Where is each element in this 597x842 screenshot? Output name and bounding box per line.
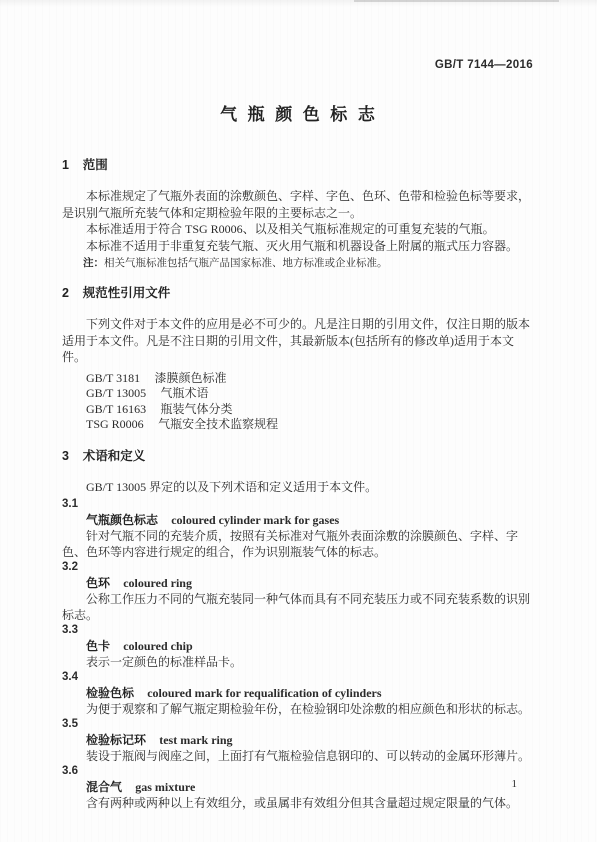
scope-paragraph-2: 本标准适用于符合 TSG R0006、以及相关气瓶标准规定的可重复充装的气瓶。 xyxy=(62,221,533,238)
page-number: 1 xyxy=(512,778,518,791)
term-definition: 公称工作压力不同的气瓶充装同一种气体而具有不同充装压力或不同充装系数的识别标志。 xyxy=(62,591,533,623)
term-chinese: 色环 xyxy=(86,576,110,590)
term-english: gas mixture xyxy=(135,780,195,794)
section-2-title: 规范性引用文件 xyxy=(83,286,171,300)
reference-item: GB/T 16163瓶装气体分类 xyxy=(62,402,533,418)
term-3-3: 3.3 色卡coloured chip 表示一定颜色的标准样品卡。 xyxy=(62,623,533,670)
term-chinese: 混合气 xyxy=(86,780,122,794)
term-definition: 装设于瓶阀与阀座之间，上面打有气瓶检验信息钢印的、可以转动的金属环形薄片。 xyxy=(62,748,533,764)
reference-code: GB/T 16163 xyxy=(86,402,146,416)
note-text: 相关气瓶标准包括气瓶产品国家标准、地方标准或企业标准。 xyxy=(104,258,388,269)
term-3-1: 3.1 气瓶颜色标志coloured cylinder mark for gas… xyxy=(62,497,533,560)
section-3-heading: 3术语和定义 xyxy=(62,449,533,463)
term-english: coloured cylinder mark for gases xyxy=(171,513,339,527)
term-definition: 含有两种或两种以上有效组分，或虽属非有效组分但其含量超过规定限量的气体。 xyxy=(62,795,533,811)
term-english: coloured mark for requalification of cyl… xyxy=(147,686,381,700)
term-heading: 气瓶颜色标志coloured cylinder mark for gases xyxy=(62,513,533,529)
term-heading: 色环coloured ring xyxy=(62,576,533,592)
scope-paragraph-1: 本标准规定了气瓶外表面的涂敷颜色、字样、字色、色环、色带和检验色标等要求，是识别… xyxy=(62,188,533,221)
scan-artifact-top-edge xyxy=(354,0,559,2)
section-3-title: 术语和定义 xyxy=(83,449,146,463)
term-number: 3.3 xyxy=(62,623,533,639)
term-heading: 检验色标coloured mark for requalification of… xyxy=(62,686,533,702)
references-intro: 下列文件对于本文件的应用是必不可少的。凡是注日期的引用文件，仅注日期的版本适用于… xyxy=(62,316,533,366)
term-heading: 色卡coloured chip xyxy=(62,639,533,655)
section-1-number: 1 xyxy=(62,158,69,172)
section-1-heading: 1范围 xyxy=(62,158,533,172)
term-english: coloured chip xyxy=(123,639,192,653)
term-3-4: 3.4 检验色标coloured mark for requalificatio… xyxy=(62,670,533,717)
reference-item: GB/T 13005气瓶术语 xyxy=(62,386,533,402)
term-definition: 为便于观察和了解气瓶定期检验年份，在检验钢印处涂敷的相应颜色和形状的标志。 xyxy=(62,701,533,717)
page-header: GB/T 7144—2016 xyxy=(62,58,533,72)
reference-list: GB/T 3181漆膜颜色标准 GB/T 13005气瓶术语 GB/T 1616… xyxy=(62,371,533,433)
section-3-number: 3 xyxy=(62,449,69,463)
reference-item: GB/T 3181漆膜颜色标准 xyxy=(62,371,533,387)
term-number: 3.4 xyxy=(62,670,533,686)
term-chinese: 检验标记环 xyxy=(86,733,146,747)
term-3-6: 3.6 混合气gas mixture 含有两种或两种以上有效组分，或虽属非有效组… xyxy=(62,764,533,811)
section-1-title: 范围 xyxy=(83,158,108,172)
terms-list: 3.1 气瓶颜色标志coloured cylinder mark for gas… xyxy=(62,497,533,811)
term-heading: 混合气gas mixture xyxy=(62,780,533,796)
term-chinese: 色卡 xyxy=(86,639,110,653)
document-page: GB/T 7144—2016 气瓶颜色标志 1范围 本标准规定了气瓶外表面的涂敷… xyxy=(0,0,597,842)
terms-intro: GB/T 13005 界定的以及下列术语和定义适用于本文件。 xyxy=(62,479,533,496)
term-chinese: 检验色标 xyxy=(86,686,134,700)
section-terms-definitions: 3术语和定义 GB/T 13005 界定的以及下列术语和定义适用于本文件。 3.… xyxy=(62,449,533,812)
section-2-heading: 2规范性引用文件 xyxy=(62,286,533,300)
term-number: 3.2 xyxy=(62,560,533,576)
term-number: 3.5 xyxy=(62,717,533,733)
term-3-5: 3.5 检验标记环test mark ring 装设于瓶阀与阀座之间，上面打有气… xyxy=(62,717,533,764)
note-label: 注： xyxy=(83,257,104,269)
term-number: 3.1 xyxy=(62,497,533,513)
term-english: coloured ring xyxy=(123,576,192,590)
section-scope: 1范围 本标准规定了气瓶外表面的涂敷颜色、字样、字色、色环、色带和检验色标等要求… xyxy=(62,158,533,270)
section-2-number: 2 xyxy=(62,286,69,300)
term-definition: 针对气瓶不同的充装介质，按照有关标准对气瓶外表面涂敷的涂膜颜色、字样、字色、色环… xyxy=(62,528,533,560)
term-number: 3.6 xyxy=(62,764,533,780)
standard-code: GB/T 7144—2016 xyxy=(435,59,533,71)
reference-title: 气瓶术语 xyxy=(161,386,209,400)
scope-note: 注：相关气瓶标准包括气瓶产品国家标准、地方标准或企业标准。 xyxy=(62,257,533,270)
section-normative-references: 2规范性引用文件 下列文件对于本文件的应用是必不可少的。凡是注日期的引用文件，仅… xyxy=(62,286,533,433)
reference-code: GB/T 13005 xyxy=(86,386,146,400)
reference-item: TSG R0006气瓶安全技术监察规程 xyxy=(62,417,533,433)
reference-code: GB/T 3181 xyxy=(86,371,140,385)
reference-title: 瓶装气体分类 xyxy=(161,402,233,416)
term-heading: 检验标记环test mark ring xyxy=(62,733,533,749)
scope-paragraph-3: 本标准不适用于非重复充装气瓶、灭火用气瓶和机器设备上附属的瓶式压力容器。 xyxy=(62,238,533,255)
reference-title: 漆膜颜色标准 xyxy=(155,371,227,385)
document-title: 气瓶颜色标志 xyxy=(62,104,533,126)
term-chinese: 气瓶颜色标志 xyxy=(86,513,158,527)
term-definition: 表示一定颜色的标准样品卡。 xyxy=(62,654,533,670)
term-english: test mark ring xyxy=(159,733,232,747)
reference-code: TSG R0006 xyxy=(86,417,144,431)
term-3-2: 3.2 色环coloured ring 公称工作压力不同的气瓶充装同一种气体而具… xyxy=(62,560,533,623)
reference-title: 气瓶安全技术监察规程 xyxy=(158,417,278,431)
